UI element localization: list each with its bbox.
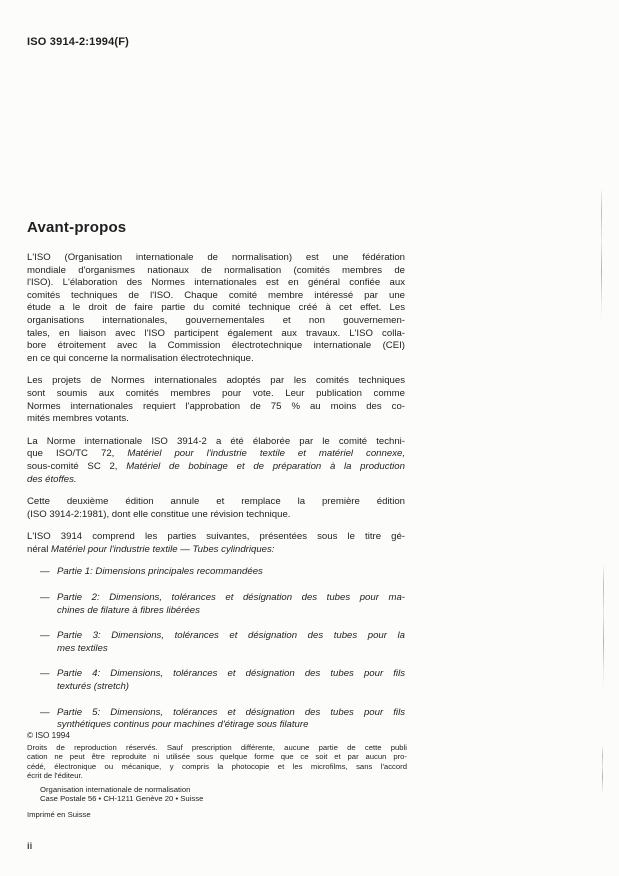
publisher-address-line: Organisation internationale de normalisa… <box>40 785 407 794</box>
text-line: mités membres votants. <box>27 413 405 426</box>
text-line: organisations internationales, gouvernem… <box>27 315 405 328</box>
text-line: tales, en liaison avec l'ISO participent… <box>27 328 405 341</box>
text-line: Droits de reproduction réservés. Sauf pr… <box>27 743 407 752</box>
dash-marker: — <box>40 630 57 655</box>
text-line: Cette deuxième édition annule et remplac… <box>27 496 405 509</box>
scan-artifact-line <box>602 746 603 796</box>
text-line: mondiale d'organismes nationaux de norma… <box>27 265 405 278</box>
text-line: bore étroitement avec la Commission élec… <box>27 340 405 353</box>
text-line: Partie 1: Dimensions principales recomma… <box>57 566 405 579</box>
reproduction-notice: Droits de reproduction réservés. Sauf pr… <box>27 743 407 781</box>
text-line: comités techniques de l'ISO. Chaque comi… <box>27 290 405 303</box>
list-item-text: Partie 2: Dimensions, tolérances et dési… <box>57 592 405 617</box>
text-line: des étoffes. <box>27 474 405 487</box>
paragraph: Les projets de Normes internationales ad… <box>27 375 405 425</box>
text-line: que ISO/TC 72, Matériel pour l'industrie… <box>27 448 405 461</box>
text-line: chines de filature à fibres libérées <box>57 605 405 618</box>
text-line: cédé, électronique ou mécanique, y compr… <box>27 762 407 771</box>
copyright-line: © ISO 1994 <box>27 731 407 741</box>
text-line: néral Matériel pour l'industrie textile … <box>27 544 405 557</box>
list-item: —Partie 5: Dimensions, tolérances et dés… <box>27 707 405 732</box>
parts-list: —Partie 1: Dimensions principales recomm… <box>27 566 405 731</box>
text-line: Partie 5: Dimensions, tolérances et dési… <box>57 707 405 720</box>
text-line: Les projets de Normes internationales ad… <box>27 375 405 388</box>
publisher-address-line: Case Postale 56 • CH-1211 Genève 20 • Su… <box>40 794 407 803</box>
text-line: Partie 4: Dimensions, tolérances et dési… <box>57 668 405 681</box>
text-line: synthétiques continus pour machines d'ét… <box>57 719 405 732</box>
text-line: écrit de l'éditeur. <box>27 771 407 780</box>
document-page: ISO 3914-2:1994(F) Avant-propos L'ISO (O… <box>0 0 619 876</box>
paragraph: Cette deuxième édition annule et remplac… <box>27 496 405 521</box>
publisher-address: Organisation internationale de normalisa… <box>40 785 407 804</box>
list-item-text: Partie 4: Dimensions, tolérances et dési… <box>57 668 405 693</box>
section-title: Avant-propos <box>27 219 405 236</box>
page-number: ii <box>27 841 32 852</box>
dash-marker: — <box>40 592 57 617</box>
list-item-text: Partie 1: Dimensions principales recomma… <box>57 566 405 579</box>
foreword-section: Avant-propos L'ISO (Organisation interna… <box>27 219 405 745</box>
scan-artifact-line <box>603 563 604 690</box>
footer: © ISO 1994 Droits de reproduction réserv… <box>27 731 407 820</box>
list-item: —Partie 3: Dimensions, tolérances et dés… <box>27 630 405 655</box>
list-item: —Partie 1: Dimensions principales recomm… <box>27 566 405 579</box>
text-line: cation ne peut être reproduite ni utilis… <box>27 752 407 761</box>
list-item: —Partie 2: Dimensions, tolérances et dés… <box>27 592 405 617</box>
text-line: texturés (stretch) <box>57 681 405 694</box>
text-line: mes textiles <box>57 643 405 656</box>
dash-marker: — <box>40 707 57 732</box>
paragraph: L'ISO (Organisation internationale de no… <box>27 252 405 365</box>
text-line: Partie 3: Dimensions, tolérances et dési… <box>57 630 405 643</box>
paragraphs: L'ISO (Organisation internationale de no… <box>27 252 405 556</box>
text-line: L'ISO (Organisation internationale de no… <box>27 252 405 265</box>
text-line: étude a le droit de faire partie du comi… <box>27 302 405 315</box>
text-line: (ISO 3914-2:1981), dont elle constitue u… <box>27 509 405 522</box>
text-line: La Norme internationale ISO 3914-2 a été… <box>27 436 405 449</box>
text-line: Normes internationales requiert l'approb… <box>27 401 405 414</box>
text-line: L'ISO 3914 comprend les parties suivante… <box>27 531 405 544</box>
text-line: en ce qui concerne la normalisation élec… <box>27 353 405 366</box>
text-line: sont soumis aux comités membres pour vot… <box>27 388 405 401</box>
paragraph: L'ISO 3914 comprend les parties suivante… <box>27 531 405 556</box>
list-item-text: Partie 3: Dimensions, tolérances et dési… <box>57 630 405 655</box>
paragraph: La Norme internationale ISO 3914-2 a été… <box>27 436 405 486</box>
scan-artifact-line <box>601 187 602 322</box>
page-header-ref: ISO 3914-2:1994(F) <box>27 36 129 48</box>
dash-marker: — <box>40 566 57 579</box>
text-line: Partie 2: Dimensions, tolérances et dési… <box>57 592 405 605</box>
text-line: l'ISO). L'élaboration des Normes interna… <box>27 277 405 290</box>
list-item-text: Partie 5: Dimensions, tolérances et dési… <box>57 707 405 732</box>
dash-marker: — <box>40 668 57 693</box>
list-item: —Partie 4: Dimensions, tolérances et dés… <box>27 668 405 693</box>
printed-in-note: Imprimé en Suisse <box>27 810 407 819</box>
text-line: sous-comité SC 2, Matériel de bobinage e… <box>27 461 405 474</box>
